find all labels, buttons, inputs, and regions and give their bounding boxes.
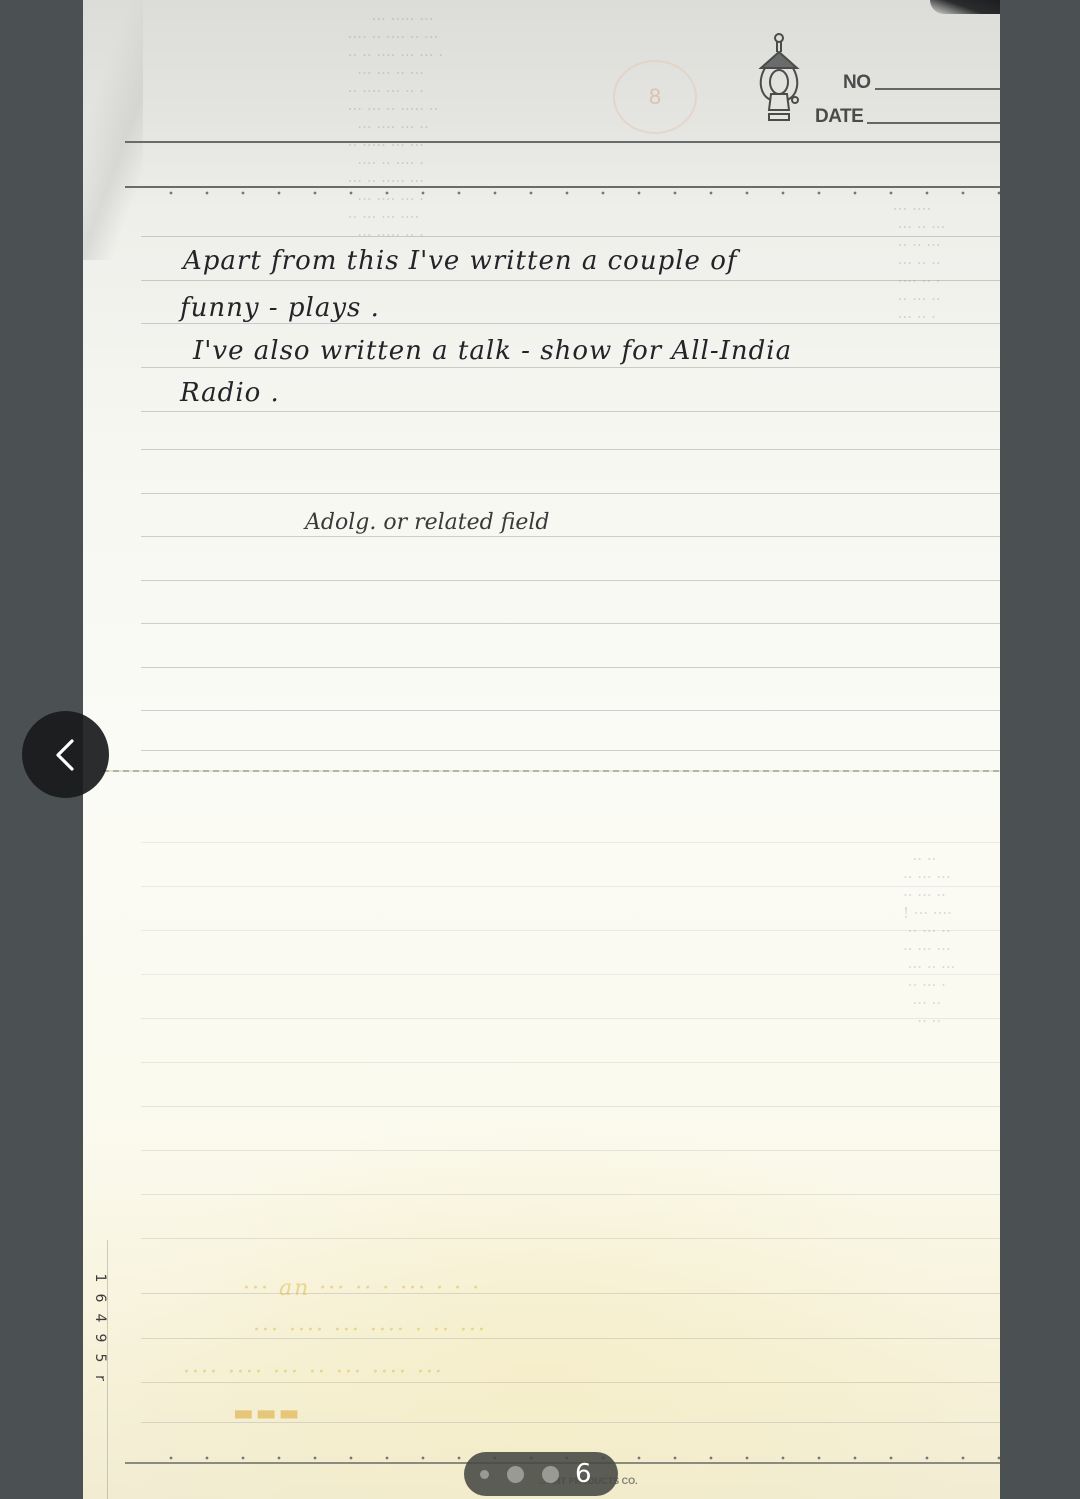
date-label: DATE [815, 106, 863, 128]
no-label: NO [843, 72, 871, 94]
torn-corner [930, 0, 1000, 14]
ruled-line [141, 411, 1000, 412]
fold-crease [103, 770, 1000, 772]
document-page: ··· ····· ··· ···· ·· ···· ·· ··· ·· ·· … [83, 0, 1000, 1499]
bleed-through-text-right: ··· ···· ··· ·· ··· ·· ·· ··· ··· ·· ·· … [893, 200, 945, 326]
image-viewer: ··· ····· ··· ···· ·· ···· ·· ··· ·· ·· … [0, 0, 1080, 1499]
ruled-line [141, 886, 1000, 887]
bleed-through-line-1: ··· an ··· ·· · ··· · · · [243, 1276, 481, 1301]
ruled-line [141, 750, 1000, 751]
ruled-line [141, 1238, 1000, 1239]
ruled-line [141, 1194, 1000, 1195]
ruled-line [141, 930, 1000, 931]
bleed-through-line-3: ···· ···· ··· ·· ··· ···· ··· [183, 1360, 444, 1385]
handwritten-line-3: I've also written a talk - show for All-… [193, 336, 792, 366]
ruled-line [141, 323, 1000, 324]
handwritten-line-2: funny - plays . [180, 293, 380, 323]
page-dot[interactable] [480, 1470, 489, 1479]
margin-numbers: 1 6 4 9 5 r [91, 1268, 109, 1388]
ruled-line [141, 280, 1000, 281]
bleed-through-line-2: ··· ···· ··· ···· · ·· ··· [253, 1318, 487, 1343]
header-rule-bottom [125, 186, 1000, 188]
ruled-line [141, 449, 1000, 450]
ruled-line [141, 667, 1000, 668]
page-indicator: 6 [464, 1452, 618, 1496]
bleed-through-text-right-lower: ·· ·· ·· ··· ··· ·· ··· ·· ! ··· ···· ··… [903, 850, 955, 1030]
ruled-line [141, 1062, 1000, 1063]
ruled-line [141, 580, 1000, 581]
margin-number: 9 [90, 1329, 110, 1347]
handwritten-line-1: Apart from this I've written a couple of [183, 246, 737, 276]
bleed-through-text: ··· ····· ··· ···· ·· ···· ·· ··· ·· ·· … [343, 10, 443, 244]
ruled-line [141, 974, 1000, 975]
dot-row-top [153, 191, 1000, 195]
margin-number: r [90, 1369, 110, 1387]
faded-stamp: 8 [613, 60, 697, 134]
margin-number: 4 [90, 1309, 110, 1327]
header-rule-top [125, 141, 1000, 143]
bleed-through-scribble: ▬▬▬ [233, 1400, 301, 1426]
margin-number: 1 [90, 1269, 110, 1287]
page-dot[interactable] [542, 1466, 559, 1483]
handwritten-line-4: Radio . [180, 378, 280, 408]
margin-number: 6 [90, 1289, 110, 1307]
chevron-left-icon [46, 735, 86, 775]
ruled-line [141, 367, 1000, 368]
margin-number: 5 [90, 1349, 110, 1367]
ruled-line [141, 1018, 1000, 1019]
ruled-line [141, 842, 1000, 843]
lamp-logo-icon [755, 30, 803, 124]
date-field [867, 122, 1000, 124]
ruled-line [141, 1106, 1000, 1107]
handwritten-margin-note: Adolg. or related field [305, 510, 550, 535]
ruled-line [141, 1150, 1000, 1151]
current-page-number: 6 [575, 1459, 592, 1489]
ruled-line [141, 623, 1000, 624]
ruled-line [141, 536, 1000, 537]
no-field [875, 88, 1001, 90]
no-date-fields: NO DATE [815, 60, 1000, 128]
stamp-mark: 8 [649, 84, 661, 110]
previous-image-button[interactable] [22, 711, 109, 798]
page-dot[interactable] [507, 1466, 524, 1483]
ruled-line [141, 710, 1000, 711]
ruled-line [141, 493, 1000, 494]
ruled-line [141, 236, 1000, 237]
